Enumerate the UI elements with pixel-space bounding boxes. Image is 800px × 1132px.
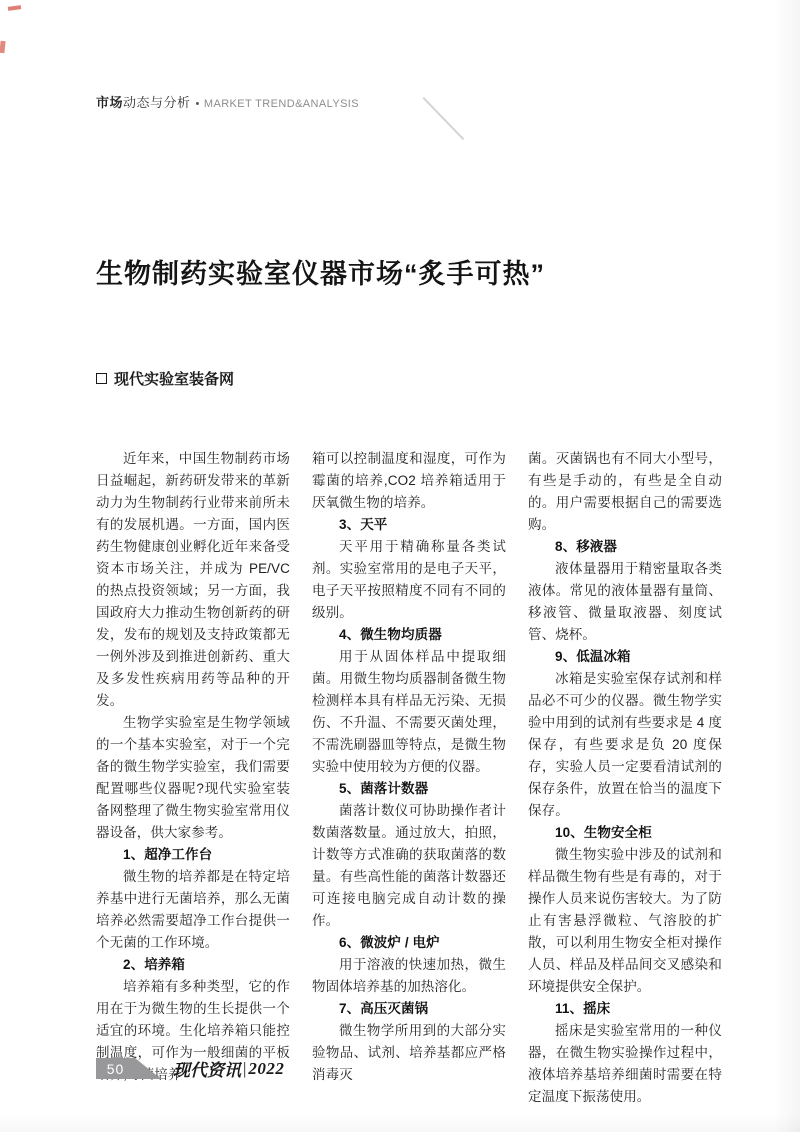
page-number-wedge (135, 1058, 161, 1079)
body-paragraph: 摇床是实验室常用的一种仪器，在微生物实验操作过程中，液体培养基培养细菌时需要在特… (528, 1020, 722, 1108)
running-head-separator: • (196, 98, 200, 110)
section-heading: 6、微波炉 / 电炉 (312, 932, 506, 954)
text-column: 箱可以控制温度和湿度，可作为霉菌的培养,CO2 培养箱适用于厌氧微生物的培养。3… (312, 448, 506, 1108)
running-head-title-en: MARKET TREND&ANALYSIS (204, 98, 359, 110)
decorative-slash (423, 97, 465, 140)
scan-artifact-red-mark (0, 41, 6, 53)
body-paragraph: 生物学实验室是生物学领域的一个基本实验室，对于一个完备的微生物学实验室，我们需要… (96, 712, 290, 844)
article-body: 近年来，中国生物制药市场日益崛起，新药研发带来的革新动力为生物制药行业带来前所未… (96, 448, 722, 1108)
section-heading: 5、菌落计数器 (312, 778, 506, 800)
body-paragraph: 箱可以控制温度和湿度，可作为霉菌的培养,CO2 培养箱适用于厌氧微生物的培养。 (312, 448, 506, 514)
section-heading: 4、微生物均质器 (312, 624, 506, 646)
running-head-section-bold: 市场 (96, 95, 123, 110)
body-paragraph: 微生物学所用到的大部分实验物品、试剂、培养基都应严格消毒灭 (312, 1020, 506, 1086)
section-heading: 2、培养箱 (96, 954, 290, 976)
body-paragraph: 近年来，中国生物制药市场日益崛起，新药研发带来的革新动力为生物制药行业带来前所未… (96, 448, 290, 712)
body-paragraph: 用于溶液的快速加热，微生物固体培养基的加热溶化。 (312, 954, 506, 998)
section-heading: 11、摇床 (528, 998, 722, 1020)
footer-divider: | (243, 1059, 246, 1079)
page-footer: 50 现代资讯|2022 (96, 1058, 284, 1079)
body-paragraph: 天平用于精确称量各类试剂。实验室常用的是电子天平，电子天平按照精度不同有不同的级… (312, 536, 506, 624)
section-heading: 1、超净工作台 (96, 844, 290, 866)
text-column: 近年来，中国生物制药市场日益崛起，新药研发带来的革新动力为生物制药行业带来前所未… (96, 448, 290, 1108)
text-column: 菌。灭菌锅也有不同大小型号，有些是手动的，有些是全自动的。用户需要根据自己的需要… (528, 448, 722, 1108)
section-heading: 8、移液器 (528, 536, 722, 558)
body-paragraph: 菌。灭菌锅也有不同大小型号，有些是手动的，有些是全自动的。用户需要根据自己的需要… (528, 448, 722, 536)
byline-text: 现代实验室装备网 (114, 368, 234, 389)
section-heading: 3、天平 (312, 514, 506, 536)
article-title: 生物制药实验室仪器市场“炙手可热” (96, 252, 545, 291)
body-paragraph: 冰箱是实验室保存试剂和样品必不可少的仪器。微生物学实验中用到的试剂有些要求是 4… (528, 668, 722, 822)
scan-artifact-red-mark (8, 5, 21, 11)
section-heading: 9、低温冰箱 (528, 646, 722, 668)
body-paragraph: 微生物实验中涉及的试剂和样品微生物有些是有毒的，对于操作人员来说伤害较大。为了防… (528, 844, 722, 998)
body-paragraph: 菌落计数仪可协助操作者计数菌落数量。通过放大，拍照，计数等方式准确的获取菌落的数… (312, 800, 506, 932)
magazine-title: 现代资讯 (173, 1056, 241, 1081)
page-number-badge: 50 (96, 1058, 135, 1079)
magazine-page: 市场动态与分析•MARKET TREND&ANALYSIS 生物制药实验室仪器市… (0, 0, 800, 1132)
footer-year: 2022 (248, 1059, 284, 1079)
running-head: 市场动态与分析•MARKET TREND&ANALYSIS (96, 92, 359, 111)
body-paragraph: 微生物的培养都是在特定培养基中进行无菌培养，那么无菌培养必然需要超净工作台提供一… (96, 866, 290, 954)
magazine-name: 现代资讯|2022 (173, 1058, 284, 1079)
section-heading: 7、高压灭菌锅 (312, 998, 506, 1020)
running-head-section-rest: 动态与分析 (123, 95, 191, 110)
section-heading: 10、生物安全柜 (528, 822, 722, 844)
body-paragraph: 液体量器用于精密量取各类液体。常见的液体量器有量筒、移液管、微量取液器、刻度试管… (528, 558, 722, 646)
body-paragraph: 用于从固体样品中提取细菌。用微生物均质器制备微生物检测样本具有样品无污染、无损伤… (312, 646, 506, 778)
byline: 现代实验室装备网 (96, 368, 234, 389)
square-bullet-icon (96, 373, 107, 384)
